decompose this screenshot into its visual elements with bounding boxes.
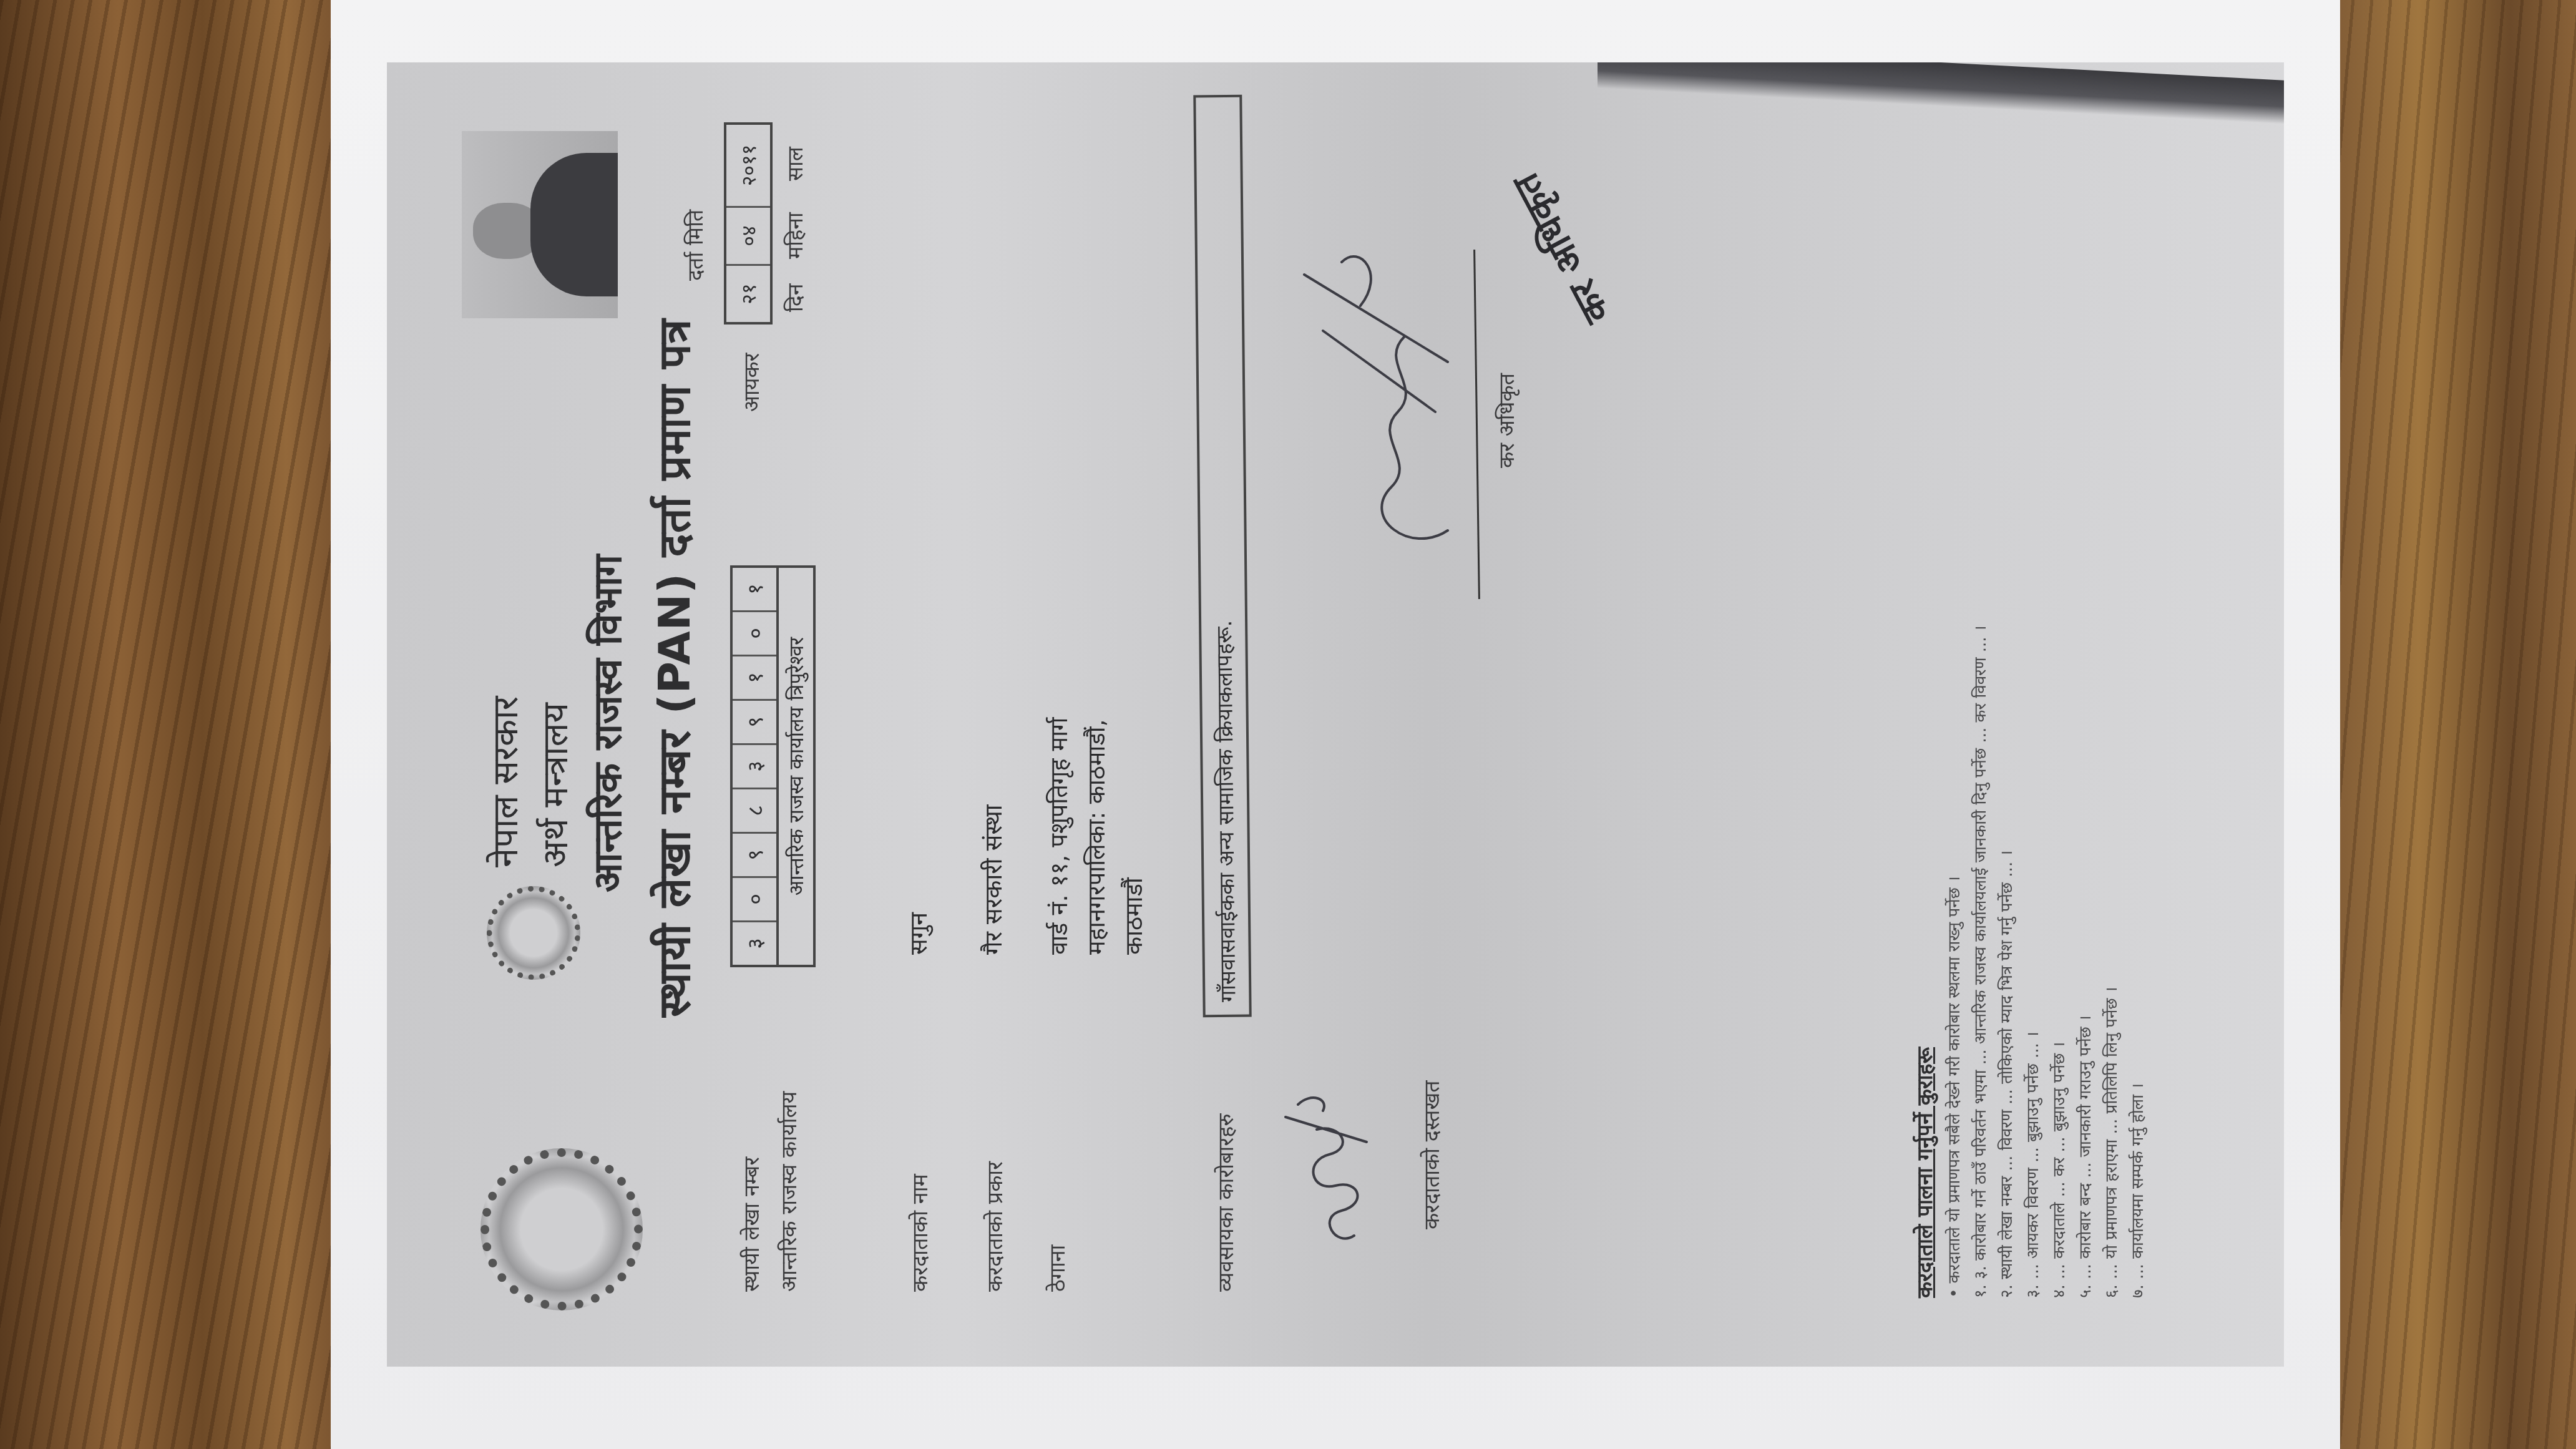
note-item: १. ३. कारोबार गर्ने ठाउँ परिवर्तन भएमा .… <box>1968 112 1991 1298</box>
ird-seal-icon <box>487 886 580 980</box>
pan-digit: ० <box>733 610 776 655</box>
address-line-1: वार्ड नं. ११, पशुपतिगृह मार्ग <box>1042 718 1075 955</box>
month-label: महिना <box>780 212 809 259</box>
wooden-table-right <box>2314 0 2576 1449</box>
ministry-name: अर्थ मन्त्रालय <box>530 703 578 867</box>
taxpayer-photo <box>462 131 618 318</box>
registration-day: २१ <box>726 264 770 322</box>
taxpayer-name-value: सगुन <box>902 912 934 955</box>
taxpayer-type-value: गैर सरकारी संस्था <box>977 804 1009 955</box>
government-name: नेपाल सरकार <box>481 696 528 867</box>
pan-digit-boxes: ३ ० ९ ८ ३ ९ १ ० १ <box>730 565 779 967</box>
pan-digit: ९ <box>733 832 776 876</box>
note-item: २. स्थायी लेखा नम्बर ... विवरण ... तोकिए… <box>1994 112 2017 1298</box>
business-activity-box: गाँसवासवाईकका अन्य सामाजिक क्रियाकलापहरू… <box>1193 95 1251 1018</box>
pan-office-label: आन्तरिक राजस्व कार्यालय <box>774 1091 803 1292</box>
wooden-table-left <box>0 0 337 1449</box>
notes-title: करदाताले पालना गर्नुपर्ने कुराहरू <box>1910 112 1938 1298</box>
officer-signature-label: कर अधिकृत <box>1491 373 1520 468</box>
pan-digit: १ <box>733 655 776 699</box>
officer-signature <box>1286 218 1485 568</box>
taxpayer-signature-label: करदाताको दस्तखत <box>1417 1080 1445 1229</box>
note-item: ४. ... करदाताले ... कर ... बुझाउनु पर्ने… <box>2047 112 2069 1298</box>
note-item: ७. ... कार्यालयमा सम्पर्क गर्नु होला । <box>2125 112 2148 1298</box>
note-item: ६. ... यो प्रमाणपत्र हराएमा ... प्रतिलिप… <box>2099 112 2122 1298</box>
photo-body <box>530 153 618 296</box>
pan-office-value: आन्तरिक राजस्व कार्यालय त्रिपुरेश्वर <box>779 565 816 967</box>
registration-date-boxes: २१ ०४ २०११ <box>724 122 773 324</box>
note-item: ३. ... आयकर विवरण ... बुझाउनु पर्नेछ ...… <box>2021 112 2043 1298</box>
pan-digit: ३ <box>733 743 776 788</box>
pan-certificate-photocopy: नेपाल सरकार अर्थ मन्त्रालय आन्तरिक राजस्… <box>387 62 2284 1367</box>
taxpayer-signature <box>1261 1055 1385 1254</box>
taxpayer-type-label: करदाताको प्रकार <box>980 1161 1008 1292</box>
nepal-government-emblem-icon <box>481 1148 643 1310</box>
pan-digit: ३ <box>733 920 776 965</box>
year-label: साल <box>780 147 809 181</box>
taxpayer-notes: करदाताले पालना गर्नुपर्ने कुराहरू • करदा… <box>1910 112 2152 1298</box>
registration-year: २०११ <box>726 125 770 206</box>
registration-date-label: दर्ता मिति <box>680 210 709 281</box>
certificate-title: स्थायी लेखा नम्बर (PAN) दर्ता प्रमाण पत्… <box>643 319 703 1017</box>
department-name: आन्तरिक राजस्व विभाग <box>580 555 633 892</box>
registration-month: ०४ <box>726 206 770 264</box>
business-label: व्यवसायका कारोबारहरु <box>1211 1113 1239 1292</box>
officer-stamp: कर अधिकृत <box>1500 166 1619 333</box>
pan-digit: १ <box>733 568 776 610</box>
tax-type-label: आयकर <box>736 353 765 412</box>
note-item: • करदाताले यो प्रमाणपत्र सबैले देख्ने गर… <box>1942 112 1964 1298</box>
pan-number-block: ३ ० ९ ८ ३ ९ १ ० १ आन्तरिक राजस्व कार्याल… <box>730 565 816 967</box>
pan-label: स्थायी लेखा नम्बर <box>736 1157 765 1292</box>
pan-digit: ८ <box>733 788 776 832</box>
pan-digit: ९ <box>733 699 776 743</box>
taxpayer-name-label: करदाताको नाम <box>905 1174 934 1292</box>
note-item: ५. ... कारोबार बन्द ... जानकारी गराउनु प… <box>2073 112 2095 1298</box>
pan-digit: ० <box>733 876 776 920</box>
pan-certificate: नेपाल सरकार अर्थ मन्त्रालय आन्तरिक राजस्… <box>387 62 2284 1367</box>
address-line-3: काठमाडौं <box>1117 877 1149 955</box>
address-label: ठेगाना <box>1042 1245 1071 1292</box>
business-activity-value: गाँसवासवाईकका अन्य सामाजिक क्रियाकलापहरू… <box>1212 620 1241 1002</box>
address-line-2: महानगरपालिका: काठमाडौं, <box>1080 719 1112 955</box>
day-label: दिन <box>780 283 809 312</box>
